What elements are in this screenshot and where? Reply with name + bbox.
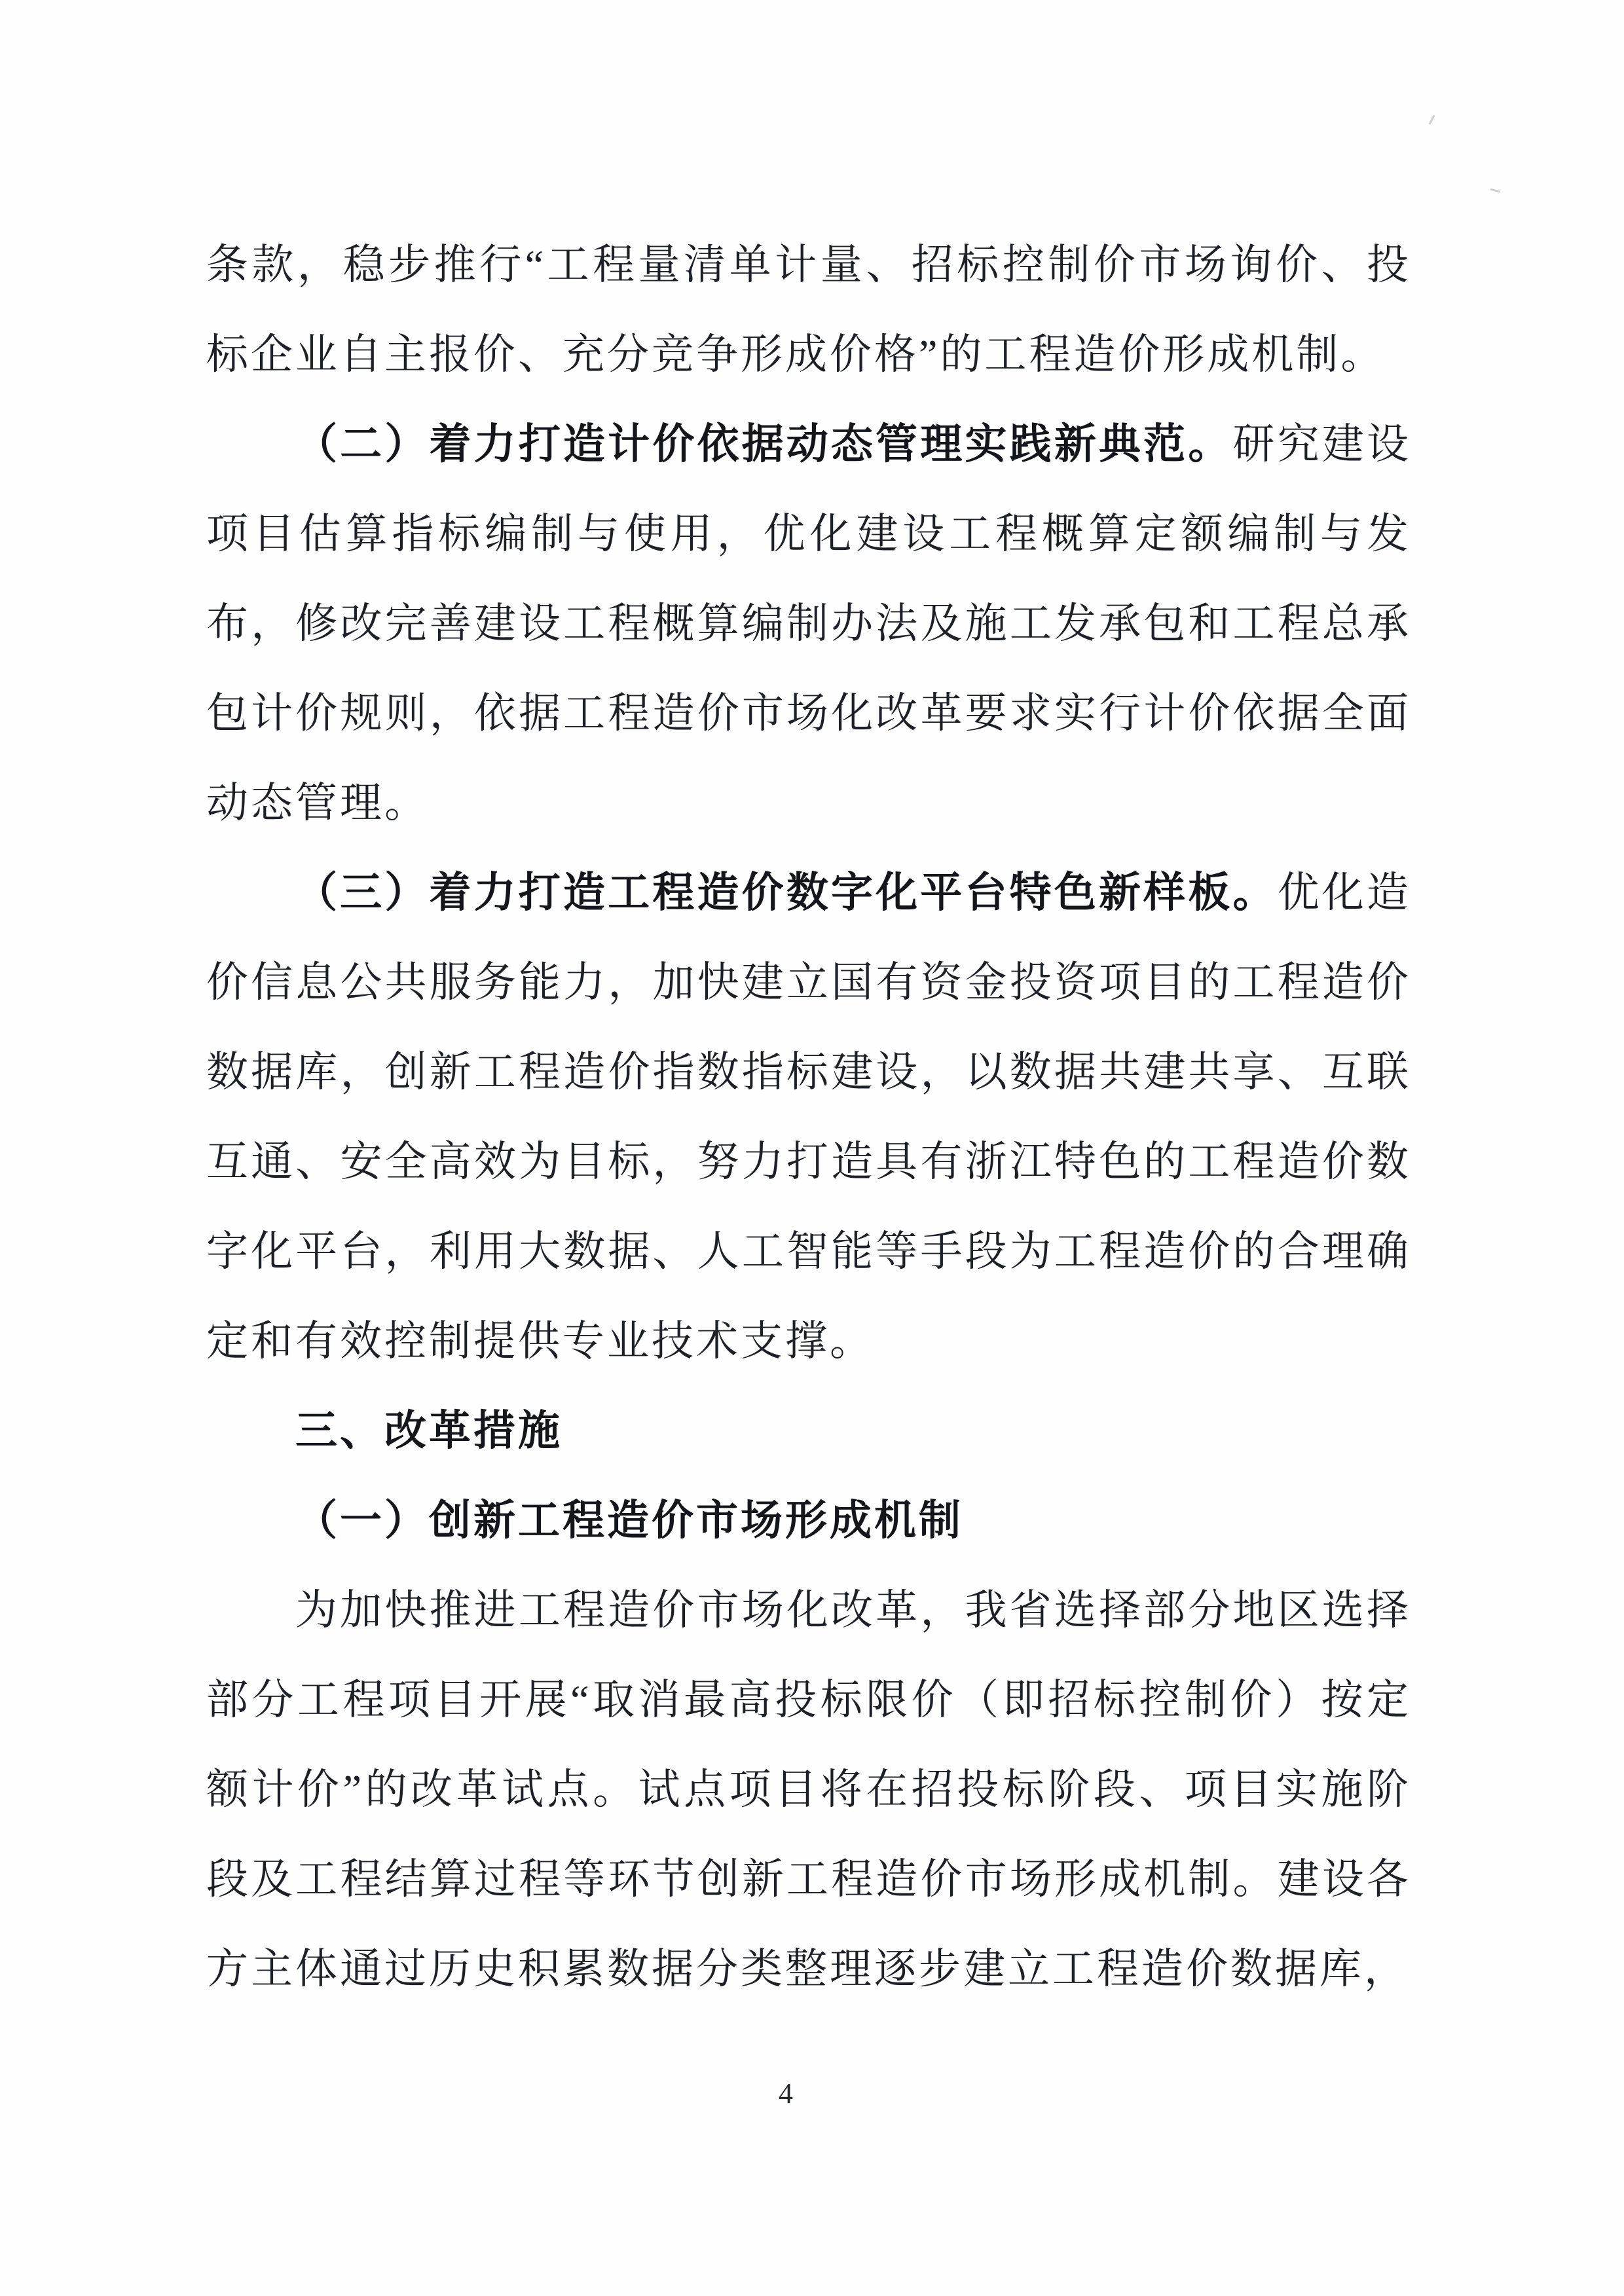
scan-speck: [1490, 188, 1500, 192]
paragraph: （二）着力打造计价依据动态管理实践新典范。研究建设项目估算指标编制与使用，优化建…: [206, 399, 1411, 848]
page-footer: 4: [0, 2074, 1572, 2113]
section-heading: 三、改革措施: [206, 1386, 1411, 1476]
paragraph: 为加快推进工程造价市场化改革，我省选择部分地区选择部分工程项目开展“取消最高投标…: [206, 1565, 1411, 2014]
text-run: 条款，稳步推行“工程量清单计量、招标控制价市场询价、投标企业自主报价、充分竞争形…: [206, 242, 1411, 378]
document-body: 条款，稳步推行“工程量清单计量、招标控制价市场询价、投标企业自主报价、充分竞争形…: [206, 220, 1411, 2014]
paragraph: （三）着力打造工程造价数字化平台特色新样板。优化造价信息公共服务能力，加快建立国…: [206, 848, 1411, 1386]
bold-text-run: （一）创新工程造价市场形成机制: [295, 1497, 963, 1544]
text-run: 优化造价信息公共服务能力，加快建立国有资金投资项目的工程造价数据库，创新工程造价…: [206, 869, 1411, 1364]
bold-text-run: 三、改革措施: [295, 1408, 563, 1454]
page-number: 4: [779, 2077, 793, 2109]
scan-speck: [1428, 115, 1435, 125]
section-heading: （一）创新工程造价市场形成机制: [206, 1476, 1411, 1565]
text-run: 研究建设项目估算指标编制与使用，优化建设工程概算定额编制与发布，修改完善建设工程…: [206, 421, 1411, 826]
paragraph: 条款，稳步推行“工程量清单计量、招标控制价市场询价、投标企业自主报价、充分竞争形…: [206, 220, 1411, 399]
document-page: 条款，稳步推行“工程量清单计量、招标控制价市场询价、投标企业自主报价、充分竞争形…: [0, 0, 1624, 2296]
text-run: 为加快推进工程造价市场化改革，我省选择部分地区选择部分工程项目开展“取消最高投标…: [206, 1587, 1411, 1992]
bold-text-run: （二）着力打造计价依据动态管理实践新典范。: [295, 421, 1233, 467]
bold-text-run: （三）着力打造工程造价数字化平台特色新样板。: [295, 869, 1278, 916]
